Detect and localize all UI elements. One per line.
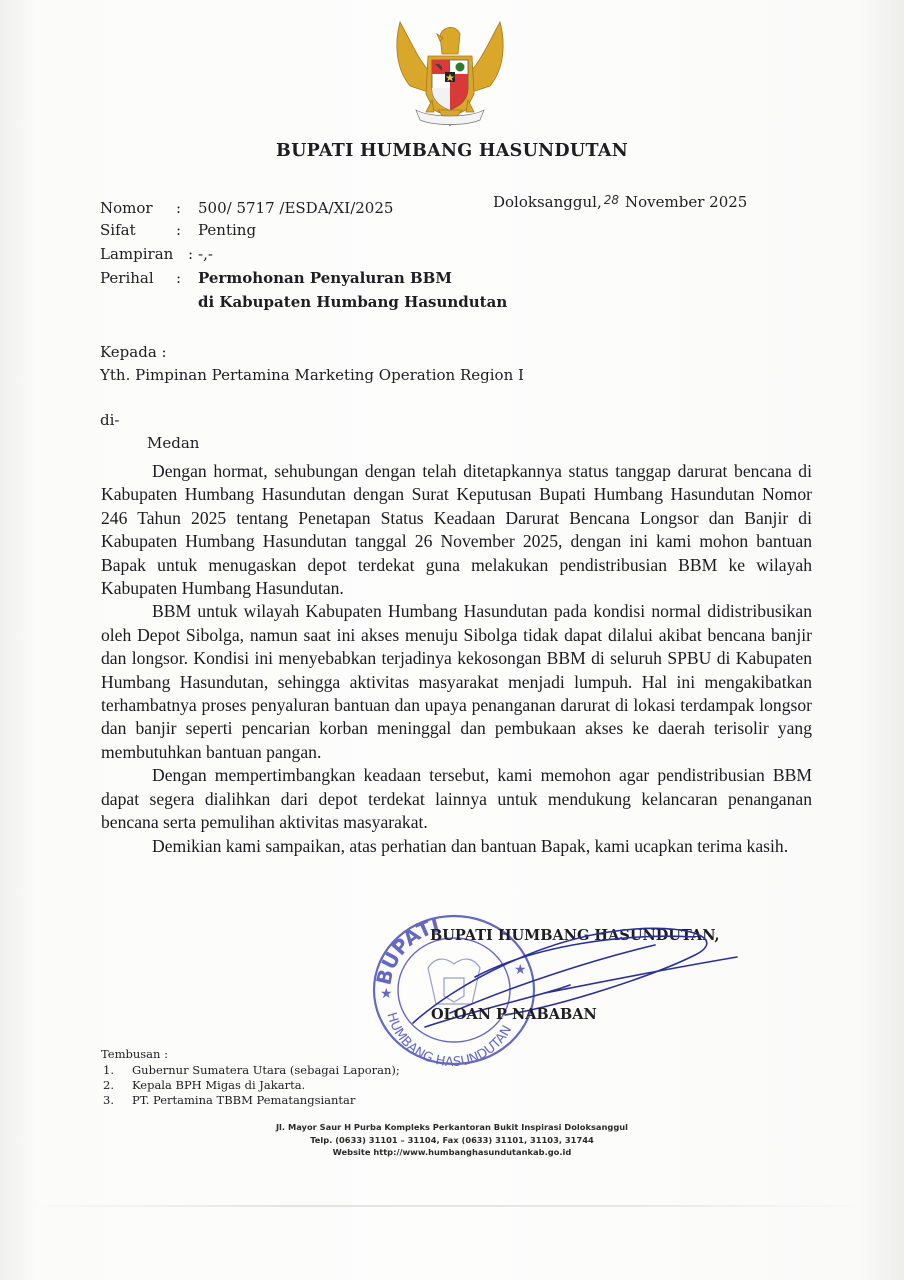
svg-text:★: ★ — [380, 986, 393, 1002]
cc-item: 1.Gubernur Sumatera Utara (sebagai Lapor… — [101, 1063, 400, 1078]
cc-item: 3.PT. Pertamina TBBM Pematangsiantar — [101, 1093, 400, 1108]
meta-nomor: Nomor:500/ 5717 /ESDA/XI/2025 — [100, 199, 393, 217]
footer-address: Jl. Mayor Saur H Purba Kompleks Perkanto… — [0, 1121, 904, 1134]
recipient-kepada: Kepada : — [100, 343, 167, 361]
carbon-copy-list: Tembusan : 1.Gubernur Sumatera Utara (se… — [101, 1047, 400, 1108]
letter-date: Doloksanggul,28November 2025 — [493, 193, 747, 211]
garuda-pancasila-emblem-icon — [390, 14, 510, 132]
cc-item: 2.Kepala BPH Migas di Jakarta. — [101, 1078, 400, 1093]
cc-title: Tembusan : — [101, 1047, 400, 1061]
handwritten-day: 28 — [604, 193, 619, 207]
letter-page: BUPATI HUMBANG HASUNDUTAN Nomor:500/ 571… — [0, 0, 904, 1280]
footer-website: Website http://www.humbanghasundutankab.… — [0, 1146, 904, 1159]
signatory-name: OLOAN P NABABAN — [431, 1006, 597, 1023]
recipient-city: Medan — [147, 434, 199, 452]
meta-lampiran: Lampiran:-,- — [100, 245, 213, 263]
body-paragraph: BBM untuk wilayah Kabupaten Humbang Hasu… — [101, 600, 812, 764]
letter-footer: Jl. Mayor Saur H Purba Kompleks Perkanto… — [0, 1121, 904, 1159]
scan-edge-divider — [30, 1205, 870, 1207]
letter-subject: Permohonan Penyaluran BBM — [198, 269, 452, 287]
letter-body: Dengan hormat, sehubungan dengan telah d… — [101, 460, 812, 858]
letter-nature: Penting — [198, 221, 256, 239]
body-paragraph: Dengan hormat, sehubungan dengan telah d… — [101, 460, 812, 600]
letter-subject-line2: di Kabupaten Humbang Hasundutan — [198, 293, 507, 311]
body-paragraph: Demikian kami sampaikan, atas perhatian … — [101, 835, 812, 858]
recipient-name: Yth. Pimpinan Pertamina Marketing Operat… — [100, 366, 524, 384]
recipient-di: di- — [100, 411, 119, 429]
body-paragraph: Dengan mempertimbangkan keadaan tersebut… — [101, 764, 812, 834]
letter-attachment: -,- — [198, 245, 213, 263]
meta-sifat: Sifat:Penting — [100, 221, 256, 239]
letterhead-title: BUPATI HUMBANG HASUNDUTAN — [0, 141, 904, 161]
meta-perihal-cont: di Kabupaten Humbang Hasundutan — [198, 293, 507, 311]
meta-label: Nomor — [100, 199, 176, 217]
meta-perihal: Perihal:Permohonan Penyaluran BBM — [100, 269, 452, 287]
letter-number: 500/ 5717 /ESDA/XI/2025 — [198, 199, 393, 217]
footer-phone: Telp. (0633) 31101 – 31104, Fax (0633) 3… — [0, 1134, 904, 1147]
